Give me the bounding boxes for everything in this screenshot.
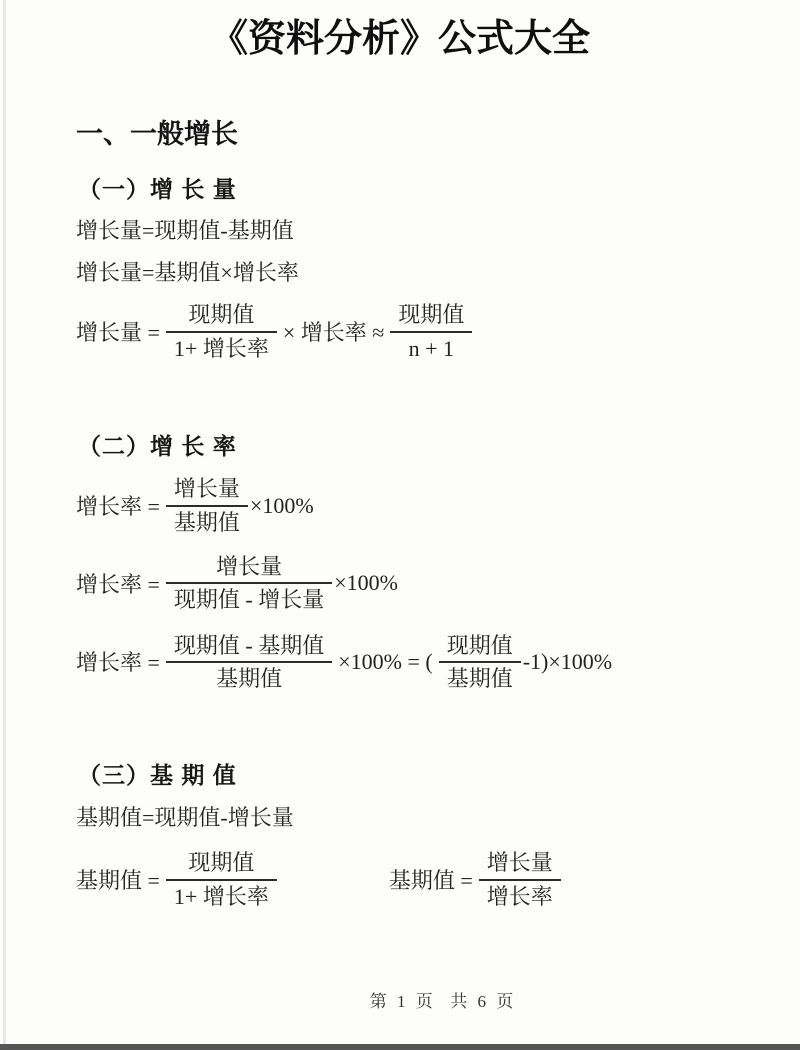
fraction-numerator: 现期值	[166, 850, 277, 878]
formula-line-base-value: 基期值=现期值-增长量	[76, 805, 760, 831]
formula-line-growth-amount-2: 增长量=基期值×增长率	[76, 260, 760, 286]
formula-mid: × 增长率 ≈	[283, 316, 384, 347]
fraction-numerator: 现期值 - 基期值	[166, 633, 332, 661]
page-title: 《资料分析》公式大全	[0, 0, 800, 64]
fraction: 现期值 基期值	[439, 633, 521, 692]
formula-suffix: ×100%	[334, 570, 398, 596]
formula-lhs: 增长率 =	[76, 646, 160, 677]
fraction: 现期值 n + 1	[390, 302, 472, 361]
fraction-denominator: 增长率	[479, 879, 561, 909]
formula-lhs: 基期值 =	[389, 864, 473, 895]
fraction-denominator: 基期值	[166, 661, 332, 691]
formula-mid: ×100% = (	[338, 649, 432, 675]
formula-base-value-2: 基期值 = 增长量 增长率	[389, 850, 561, 909]
fraction-denominator: 1+ 增长率	[166, 879, 277, 909]
formula-suffix: ×100%	[250, 493, 314, 519]
scan-edge-bottom	[0, 1044, 800, 1050]
fraction-denominator: n + 1	[390, 331, 472, 361]
fraction-numerator: 现期值	[390, 302, 472, 330]
formula-lhs: 增长率 =	[76, 490, 160, 521]
formula-line-growth-amount-1: 增长量=现期值-基期值	[76, 218, 760, 244]
formula-suffix: -1)×100%	[523, 649, 612, 675]
fraction-numerator: 增长量	[479, 850, 561, 878]
subsection-1-heading: （一）增 长 量	[78, 176, 760, 204]
fraction-numerator: 现期值	[166, 302, 277, 330]
formula-lhs: 增长量 =	[76, 316, 160, 347]
fraction-numerator: 增长量	[166, 554, 332, 582]
fraction: 增长量 现期值 - 增长量	[166, 554, 332, 613]
formula-growth-rate-2: 增长率 = 增长量 现期值 - 增长量 ×100%	[76, 554, 760, 613]
subsection-3-heading: （三）基 期 值	[78, 762, 760, 790]
fraction: 现期值 - 基期值 基期值	[166, 633, 332, 692]
fraction: 增长量 基期值	[166, 476, 248, 535]
scan-edge-left	[3, 0, 6, 1050]
formula-growth-amount-fraction: 增长量 = 现期值 1+ 增长率 × 增长率 ≈ 现期值 n + 1	[76, 302, 760, 361]
fraction-denominator: 现期值 - 增长量	[166, 582, 332, 612]
formula-base-value-1: 基期值 = 现期值 1+ 增长率	[76, 850, 277, 909]
formula-growth-rate-1: 增长率 = 增长量 基期值 ×100%	[76, 476, 760, 535]
fraction: 现期值 1+ 增长率	[166, 850, 277, 909]
fraction-denominator: 基期值	[439, 661, 521, 691]
formula-lhs: 基期值 =	[76, 864, 160, 895]
subsection-2-heading: （二）增 长 率	[78, 433, 760, 461]
page-content: 一、一般增长 （一）增 长 量 增长量=现期值-基期值 增长量=基期值×增长率 …	[0, 118, 800, 1012]
fraction-denominator: 基期值	[166, 505, 248, 535]
fraction-numerator: 增长量	[166, 476, 248, 504]
formula-lhs: 增长率 =	[76, 568, 160, 599]
fraction-numerator: 现期值	[439, 633, 521, 661]
fraction: 现期值 1+ 增长率	[166, 302, 277, 361]
fraction-denominator: 1+ 增长率	[166, 331, 277, 361]
section-1-heading: 一、一般增长	[76, 118, 760, 150]
formula-growth-rate-3: 增长率 = 现期值 - 基期值 基期值 ×100% = ( 现期值 基期值 -1…	[76, 633, 760, 692]
fraction: 增长量 增长率	[479, 850, 561, 909]
base-value-formula-row: 基期值 = 现期值 1+ 增长率 基期值 = 增长量 增长率	[76, 850, 760, 909]
page-footer: 第 1 页 共 6 页	[76, 987, 760, 1012]
document-page: 《资料分析》公式大全 一、一般增长 （一）增 长 量 增长量=现期值-基期值 增…	[0, 0, 800, 1050]
